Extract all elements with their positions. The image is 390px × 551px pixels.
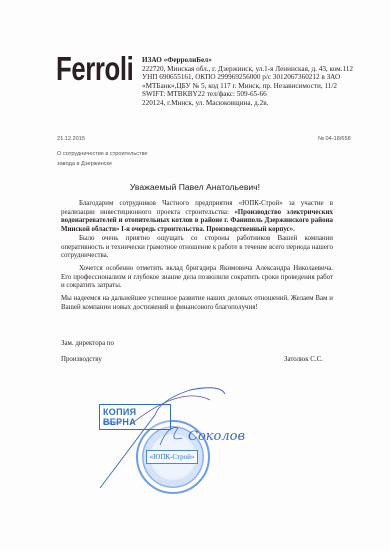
- signer-position-line1: Зам. директора по: [61, 340, 114, 347]
- document-number: № 04-18/658: [318, 136, 351, 142]
- company-name: ИЗАО «ФерролиБел»: [142, 56, 353, 65]
- paragraph-1: Благодарим сотрудников Частного предприя…: [61, 200, 333, 235]
- paragraph-4: Мы надеемся на дальнейшее успешное разви…: [61, 295, 333, 312]
- address-line: SWIFT: MTBKBY22 тел/факс: 509-65-66: [142, 90, 353, 99]
- letter-date: 21.12.2015: [57, 136, 85, 142]
- greeting: Уважаемый Павел Анатольевич!: [0, 182, 390, 192]
- letter-body: Благодарим сотрудников Частного предприя…: [61, 200, 333, 316]
- address-line: УНП 690655161, ОКПО 299969256000 р/с 301…: [142, 73, 353, 82]
- paragraph-2: Было очень приятно ощущать со стороны ра…: [61, 235, 333, 261]
- company-details: ИЗАО «ФерролиБел» 222720, Минская обл., …: [142, 56, 353, 108]
- letter-page: Ferroli ИЗАО «ФерролиБел» 222720, Минска…: [0, 0, 390, 551]
- paragraph-3: Хочется особенно отметить вклад бригадир…: [61, 265, 333, 291]
- address-line: «МТБанк»,ЦБУ № 5, код 117 г. Минск, пр. …: [142, 82, 353, 91]
- subject-line: завода в Дзержинске: [57, 160, 148, 170]
- subject-line: О сотрудничестве в строительстве: [57, 150, 148, 160]
- ferroli-logo: Ferroli: [56, 52, 133, 85]
- signer-name: Затолюк С.С.: [284, 356, 323, 363]
- signer-position-line2: Производству: [61, 356, 102, 363]
- letter-subject: О сотрудничестве в строительстве завода …: [57, 150, 148, 169]
- signature-text: Соколов: [188, 429, 245, 444]
- handwritten-signature-icon: Соколов: [60, 380, 260, 490]
- address-line: 222720, Минская обл., г. Дзержинск, ул.1…: [142, 65, 353, 74]
- address-line: 220124, г.Минск, ул. Масюковщина, д.2в.: [142, 99, 353, 108]
